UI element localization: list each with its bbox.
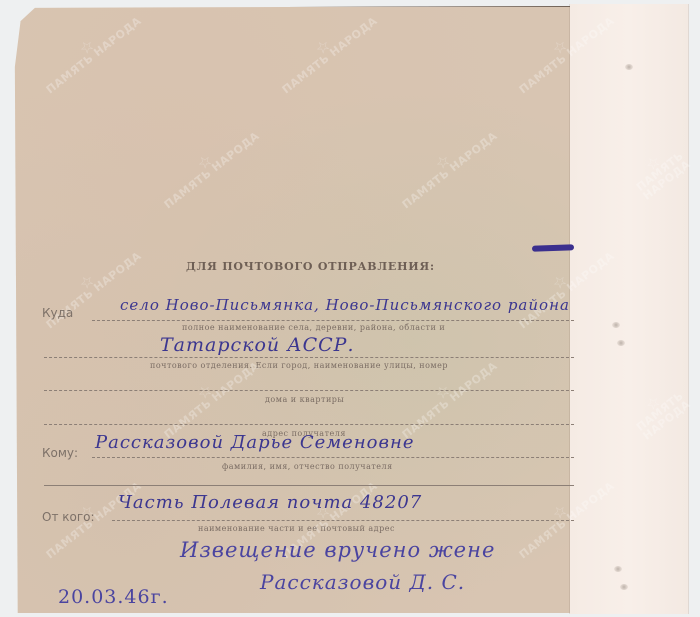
caption-recipient: фамилия, имя, отчество получателя bbox=[222, 462, 393, 471]
label-kuda: Куда bbox=[42, 306, 73, 320]
sender-unit: Часть Полевая почта 48207 bbox=[118, 492, 422, 513]
field-rule bbox=[92, 457, 574, 458]
caption-address-3: дома и квартиры bbox=[265, 395, 344, 404]
caption-sender: наименование части и ее почтовый адрес bbox=[198, 524, 395, 533]
form-heading: ДЛЯ ПОЧТОВОГО ОТПРАВЛЕНИЯ: bbox=[186, 260, 435, 273]
field-rule bbox=[44, 357, 574, 358]
delivery-date: 20.03.46г. bbox=[58, 586, 169, 608]
address-line-2: Татарской АССР. bbox=[160, 334, 355, 356]
pin-hole bbox=[625, 64, 633, 70]
field-rule bbox=[44, 485, 574, 486]
attached-paper-strip bbox=[570, 4, 689, 614]
field-rule bbox=[44, 390, 574, 391]
field-rule bbox=[92, 320, 574, 321]
caption-address-2: почтового отделения. Если город, наимено… bbox=[150, 361, 448, 370]
delivery-note-line-2: Рассказовой Д. С. bbox=[260, 570, 465, 594]
pin-hole bbox=[620, 584, 628, 590]
address-line-1: село Ново-Письмянка, Ново-Письмянского р… bbox=[120, 296, 570, 314]
field-rule bbox=[112, 520, 574, 521]
pin-hole bbox=[617, 340, 625, 346]
delivery-note-line-1: Извещение вручено жене bbox=[180, 538, 495, 562]
caption-address-1: полное наименование села, деревни, район… bbox=[182, 323, 445, 332]
field-rule bbox=[44, 424, 574, 425]
recipient-name: Рассказовой Дарье Семеновне bbox=[95, 432, 415, 453]
pin-hole bbox=[612, 322, 620, 328]
pin-hole bbox=[614, 566, 622, 572]
label-komu: Кому: bbox=[42, 446, 78, 460]
label-ot-kogo: От кого: bbox=[42, 510, 95, 524]
